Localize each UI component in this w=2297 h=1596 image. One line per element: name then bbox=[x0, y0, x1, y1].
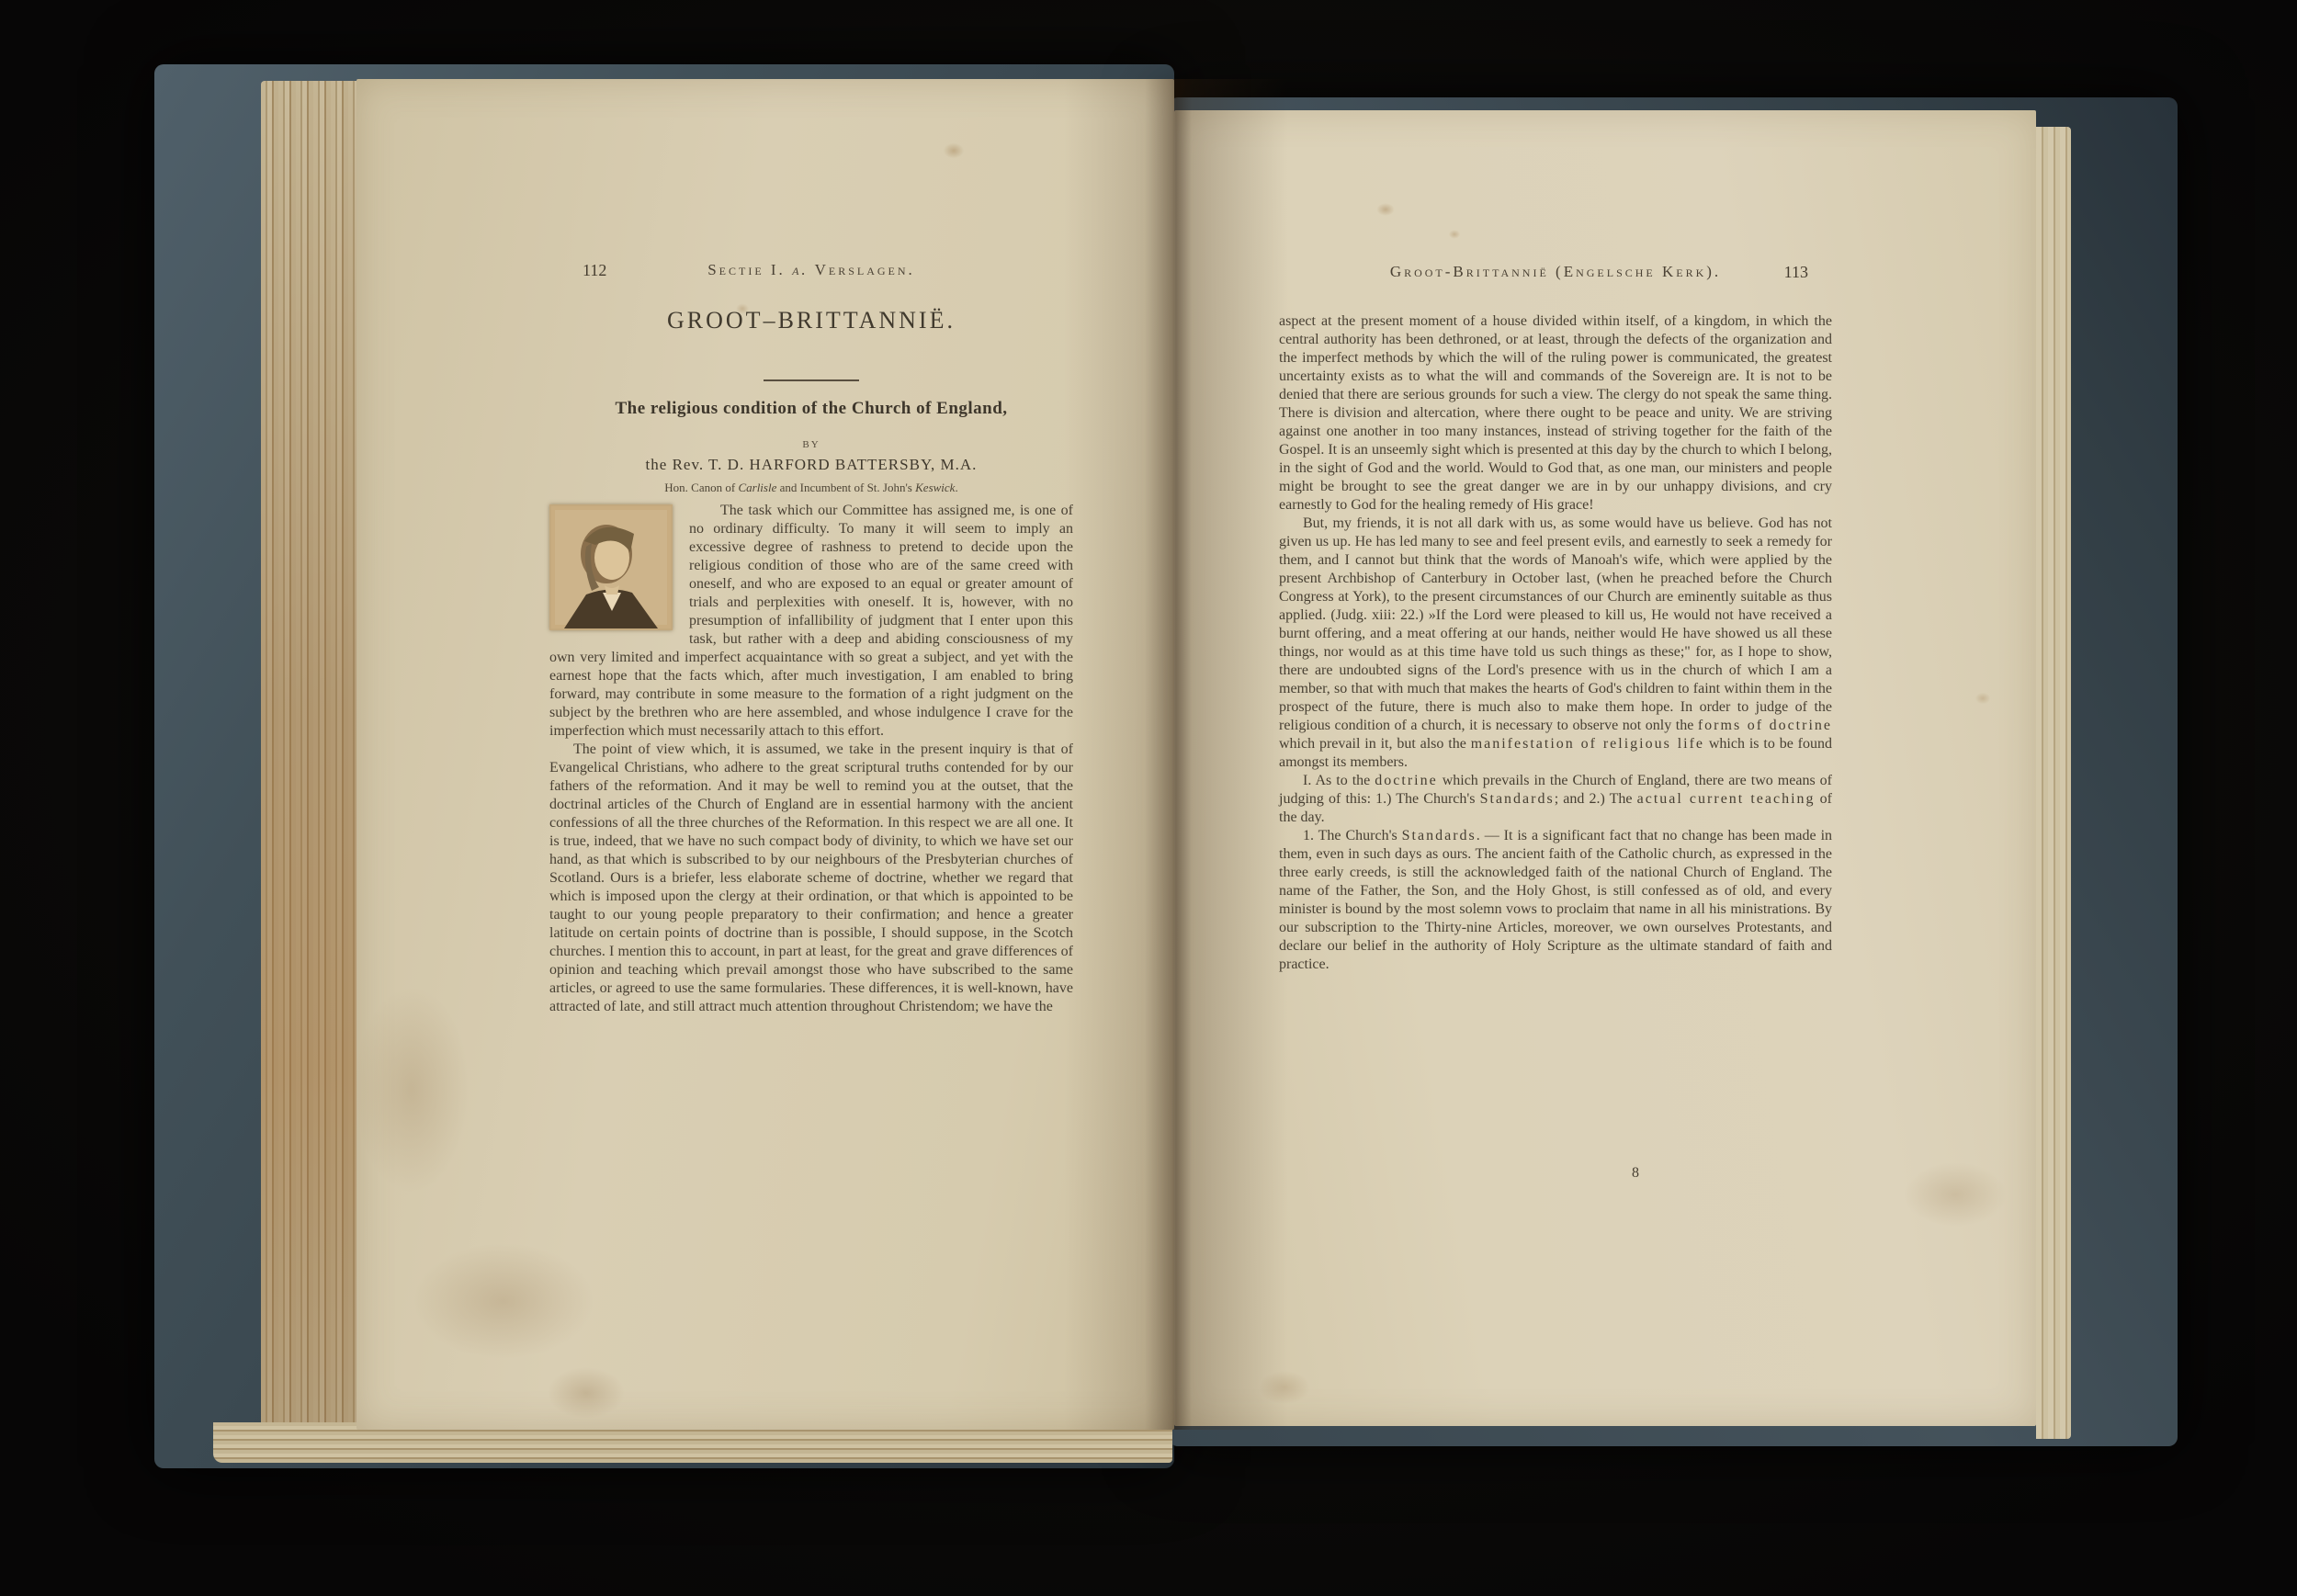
section-title: GROOT–BRITTANNIË. bbox=[549, 307, 1073, 334]
title-rule bbox=[764, 379, 859, 381]
article-title: The religious condition of the Church of… bbox=[549, 399, 1073, 419]
page-edges-left bbox=[261, 81, 364, 1455]
byline-prefix: BY bbox=[549, 439, 1073, 450]
body-text-right: aspect at the present moment of a house … bbox=[1279, 312, 1832, 974]
paragraph: 1. The Church's Standards. — It is a sig… bbox=[1279, 827, 1832, 974]
running-header-left: Sectie I. a. Verslagen. bbox=[549, 261, 1073, 279]
author-name: the Rev. T. D. HARFORD BATTERSBY, M.A. bbox=[549, 456, 1073, 474]
page-header-right: Groot-Brittannië (Engelsche Kerk). 113 bbox=[1279, 263, 1832, 281]
photograph-background: 112 Sectie I. a. Verslagen. GROOT–BRITTA… bbox=[0, 0, 2297, 1596]
signature-mark: 8 bbox=[1632, 1165, 1639, 1182]
paragraph: The task which our Committee has assigne… bbox=[549, 502, 1073, 741]
page-edges-right bbox=[2036, 127, 2071, 1439]
page-header-left: 112 Sectie I. a. Verslagen. bbox=[549, 261, 1073, 279]
paragraph: I. As to the doctrine which prevails in … bbox=[1279, 772, 1832, 827]
paragraph: aspect at the present moment of a house … bbox=[1279, 312, 1832, 515]
portrait-photo-image bbox=[551, 506, 671, 628]
running-header-right: Groot-Brittannië (Engelsche Kerk). bbox=[1279, 263, 1832, 281]
paragraph: But, my friends, it is not all dark with… bbox=[1279, 515, 1832, 772]
author-titles: Hon. Canon of Carlisle and Incumbent of … bbox=[549, 481, 1073, 495]
page-number-left: 112 bbox=[583, 261, 606, 280]
paragraph: The point of view which, it is assumed, … bbox=[549, 741, 1073, 1016]
page-number-right: 113 bbox=[1784, 263, 1808, 282]
portrait-photo bbox=[549, 504, 673, 630]
body-text-left: The task which our Committee has assigne… bbox=[549, 502, 1073, 1016]
page-right: Groot-Brittannië (Engelsche Kerk). 113 a… bbox=[1174, 110, 2036, 1426]
page-left: 112 Sectie I. a. Verslagen. GROOT–BRITTA… bbox=[356, 79, 1174, 1430]
